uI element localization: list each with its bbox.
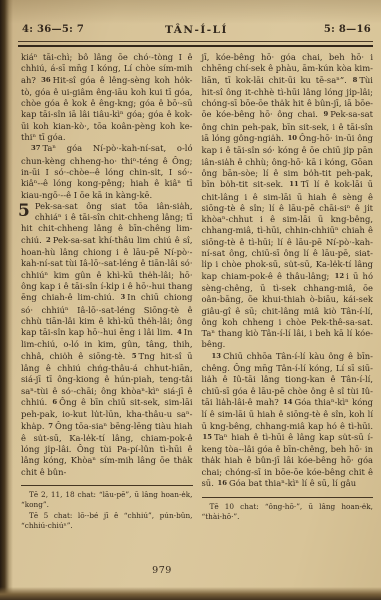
- page-title: TÂN-Í-LÍ: [131, 24, 262, 36]
- verse-number: 36: [40, 76, 52, 84]
- footnote: Tē 5 chat: lō·-bé jī ê “chhiú”, pún-bûn,…: [21, 511, 193, 530]
- verse-paragraph: jī, kóe-bêng hō· góa chai, beh hō· i chh…: [202, 52, 374, 351]
- verse-number: 12: [334, 272, 346, 280]
- verse-number: 3: [119, 293, 127, 301]
- page-header: 4: 36—5: 7 TÂN-Í-LÍ 5: 8—16: [22, 24, 371, 36]
- chapter-number: 5: [18, 201, 30, 222]
- verse-number: 14: [282, 398, 294, 406]
- verse-text: Góa bat thiaⁿ-kìⁿ lí ê sū, lí gâu: [229, 478, 356, 488]
- verse-text: jī, kóe-bêng hō· góa chai, beh hō· i chh…: [202, 52, 374, 85]
- page-spine-shadow: [0, 0, 13, 600]
- header-verse-range-left: 4: 36—5: 7: [22, 24, 131, 36]
- verse-text: Taⁿ góa Ní-pò·-kah-ní-sat, o-ló chun-kèn…: [21, 143, 193, 199]
- book-page: 4: 36—5: 7 TÂN-Í-LÍ 5: 8—16 kiáⁿ tāi-chì…: [0, 0, 381, 600]
- footnote: Tē 10 chat: “ông-hō·”, ū lâng hoan-e̍k, …: [202, 502, 374, 521]
- verse-number: 13: [211, 352, 223, 360]
- verse-text: i ū hó sèng-chêng, ū tì-sek chhang-miâ, …: [202, 271, 374, 350]
- verse-number: 16: [217, 479, 229, 487]
- verse-number: 8: [352, 76, 360, 84]
- verse-number: 10: [287, 134, 299, 142]
- header-rule: [18, 41, 373, 47]
- verse-paragraph: 37Taⁿ góa Ní-pò·-kah-ní-sat, o-ló chun-k…: [21, 143, 193, 200]
- verse-number: 5: [131, 352, 139, 360]
- page-bottom-shadow: [0, 587, 381, 600]
- verse-number: 4: [176, 328, 184, 336]
- verse-number: 2: [45, 236, 53, 244]
- verse-text: Hit-sî góa ê lêng-sèng koh ho̍k-tò, góa …: [21, 75, 193, 142]
- verse-number: 9: [323, 110, 331, 118]
- text-column-right: jī, kóe-bêng hō· góa chai, beh hō· i chh…: [202, 52, 374, 532]
- footnote-rule: [21, 485, 193, 486]
- text-columns: kiáⁿ tāi-chì; bô lâng ōe chó·-tòng I ê c…: [21, 52, 373, 532]
- verse-paragraph: 5Pek-sa-sat ông siat tōa iân-sia̍h, chhi…: [21, 201, 193, 478]
- header-verse-range-right: 5: 8—16: [262, 24, 371, 36]
- verse-paragraph: kiáⁿ tāi-chì; bô lâng ōe chó·-tòng I ê c…: [21, 52, 193, 143]
- verse-paragraph: 13Chiū chhōa Tân-í-lí kàu ông ê bīn-chên…: [202, 351, 374, 491]
- verse-number: 6: [51, 398, 59, 406]
- verse-number: 7: [47, 422, 55, 430]
- verse-text: Tī lí ê kok-lāi ū chit-lâng i ê sim-lāi …: [202, 179, 374, 280]
- page-number: 979: [130, 565, 194, 576]
- footnote-rule: [202, 497, 374, 498]
- footnote: Tē 2, 11, 18 chat: “lāu-pē”, ū lâng hoan…: [21, 490, 193, 509]
- verse-number: 11: [288, 180, 300, 188]
- verse-number: 37: [30, 144, 42, 152]
- verse-number: 15: [202, 433, 214, 441]
- text-column-left: kiáⁿ tāi-chì; bô lâng ōe chó·-tòng I ê c…: [21, 52, 193, 532]
